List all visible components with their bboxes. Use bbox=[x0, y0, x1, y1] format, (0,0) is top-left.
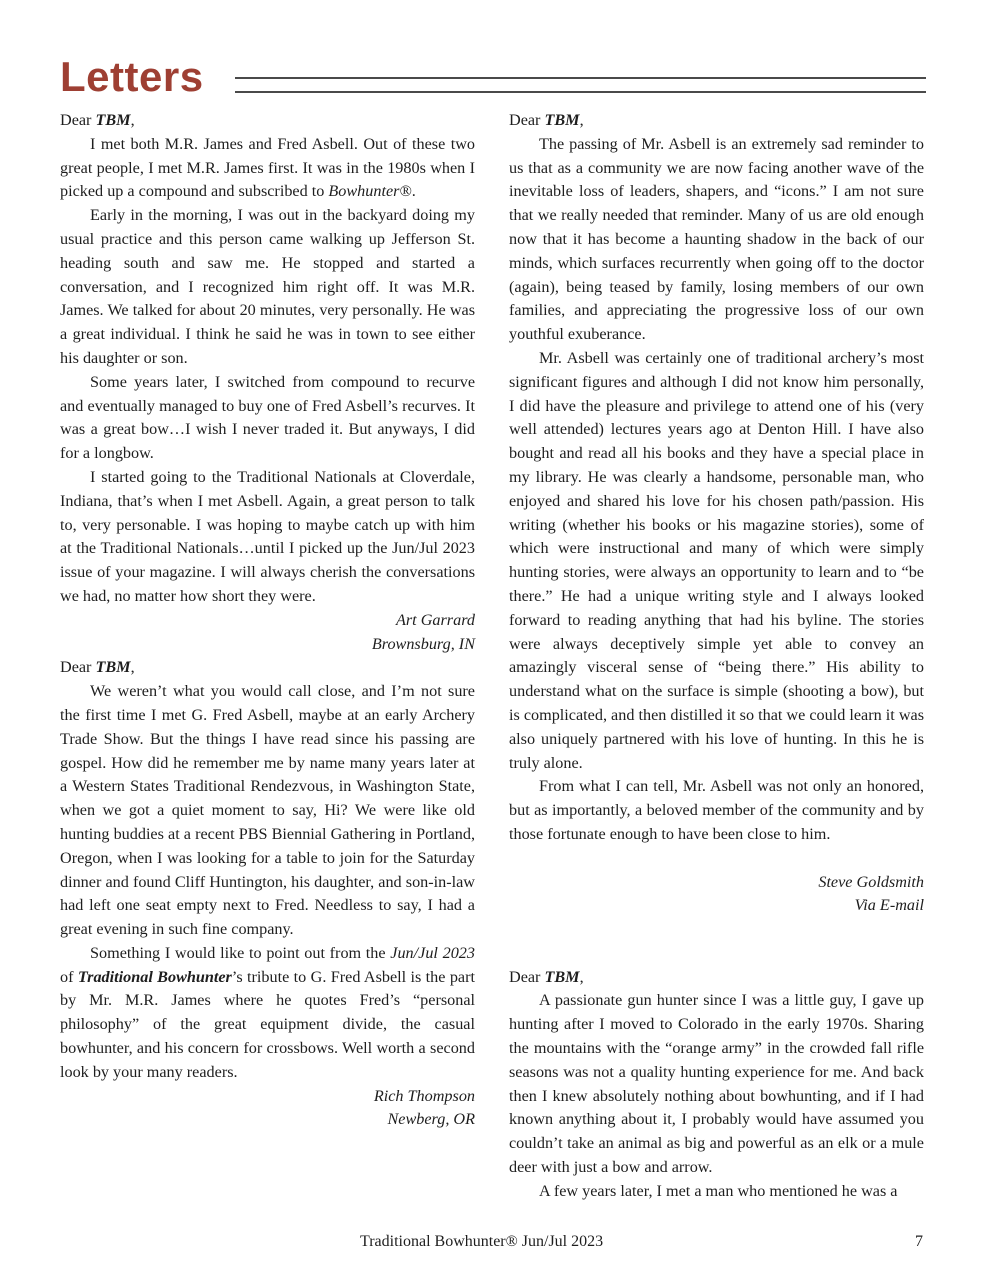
letter-paragraph: I started going to the Traditional Natio… bbox=[60, 466, 475, 609]
issue-reference: Jun/Jul 2023 bbox=[390, 944, 475, 962]
letter-paragraph: Some years later, I switched from compou… bbox=[60, 371, 475, 466]
salutation: Dear TBM, bbox=[509, 966, 924, 990]
letter-paragraph: Something I would like to point out from… bbox=[60, 942, 475, 1085]
spacer bbox=[509, 847, 924, 871]
header-rule-top bbox=[235, 77, 926, 79]
signature-name: Rich Thompson bbox=[60, 1085, 475, 1109]
salutation: Dear TBM, bbox=[60, 656, 475, 680]
letter-paragraph: From what I can tell, Mr. Asbell was not… bbox=[509, 775, 924, 846]
publication-name: Traditional Bowhunter® Jun/Jul 2023 bbox=[360, 1232, 603, 1252]
signature-location: Brownsburg, IN bbox=[60, 633, 475, 657]
letter-rich-thompson: Dear TBM, We weren’t what you would call… bbox=[60, 656, 475, 1132]
salutation-name: TBM bbox=[545, 111, 580, 129]
salutation-name: TBM bbox=[96, 658, 131, 676]
letter-paragraph: A passionate gun hunter since I was a li… bbox=[509, 989, 924, 1179]
signature-location: Via E-mail bbox=[509, 894, 924, 918]
right-column: Dear TBM, The passing of Mr. Asbell is a… bbox=[509, 109, 924, 1204]
salutation: Dear TBM, bbox=[509, 109, 924, 133]
letter-art-garrard: Dear TBM, I met both M.R. James and Fred… bbox=[60, 109, 475, 656]
magazine-title: Traditional Bowhunter bbox=[78, 968, 232, 986]
letter-paragraph: A few years later, I met a man who menti… bbox=[509, 1180, 924, 1204]
page-header: Letters bbox=[60, 52, 926, 102]
header-rule-bottom bbox=[235, 91, 926, 93]
left-column: Dear TBM, I met both M.R. James and Fred… bbox=[60, 109, 475, 1132]
letter-paragraph: Early in the morning, I was out in the b… bbox=[60, 204, 475, 371]
section-title: Letters bbox=[60, 52, 204, 102]
page-number: 7 bbox=[915, 1232, 923, 1252]
signature-name: Art Garrard bbox=[60, 609, 475, 633]
letter-paragraph: I met both M.R. James and Fred Asbell. O… bbox=[60, 133, 475, 204]
letter-paragraph: The passing of Mr. Asbell is an extremel… bbox=[509, 133, 924, 347]
spacer bbox=[509, 918, 924, 966]
salutation-name: TBM bbox=[545, 968, 580, 986]
letter-paragraph: Mr. Asbell was certainly one of traditio… bbox=[509, 347, 924, 775]
salutation: Dear TBM, bbox=[60, 109, 475, 133]
magazine-name: Bowhunter® bbox=[328, 182, 411, 200]
letter-steve-goldsmith: Dear TBM, The passing of Mr. Asbell is a… bbox=[509, 109, 924, 966]
signature-name: Steve Goldsmith bbox=[509, 871, 924, 895]
signature-location: Newberg, OR bbox=[60, 1108, 475, 1132]
letter-continued: Dear TBM, A passionate gun hunter since … bbox=[509, 966, 924, 1204]
letter-paragraph: We weren’t what you would call close, an… bbox=[60, 680, 475, 942]
salutation-name: TBM bbox=[96, 111, 131, 129]
